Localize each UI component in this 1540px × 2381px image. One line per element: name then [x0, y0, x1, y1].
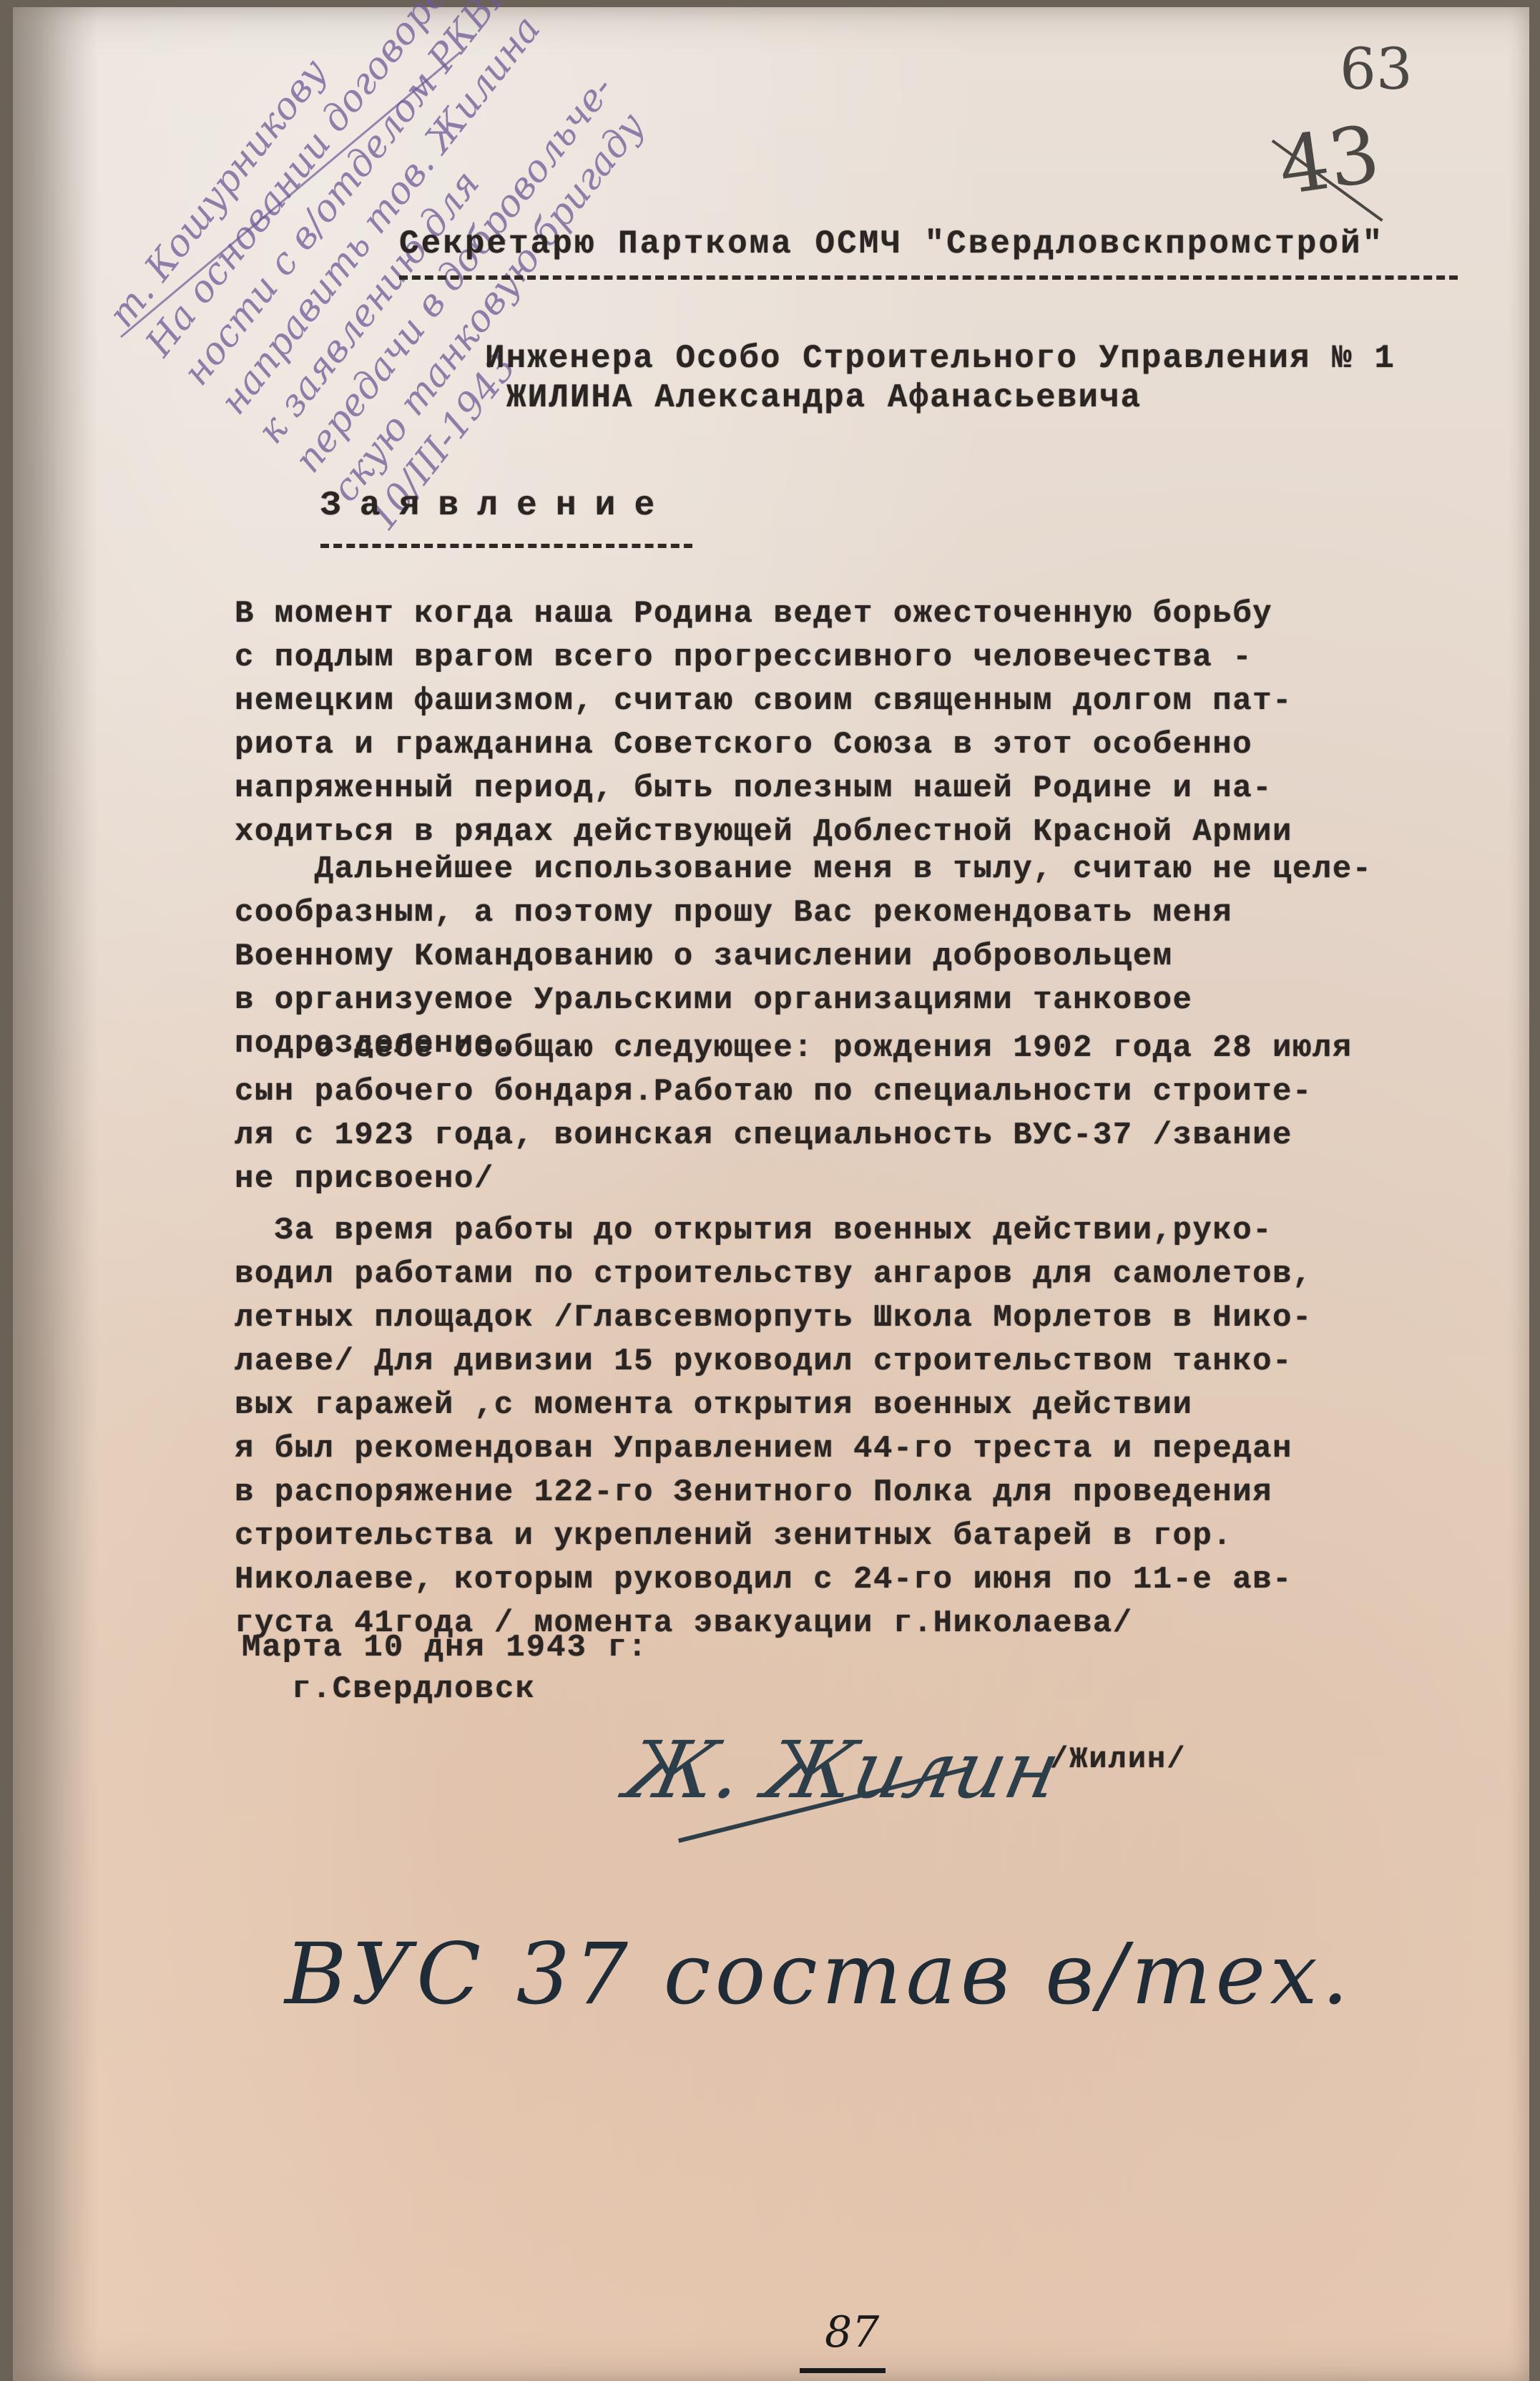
archive-sheet-number: 63 [1340, 36, 1413, 102]
document-page: т. Кошурникову На основании договорен- н… [13, 7, 1529, 2381]
addressee-underline [399, 275, 1458, 280]
binding-shadow [13, 7, 99, 2381]
city-line: г.Свердловск [292, 1671, 536, 1707]
title-underline [320, 544, 692, 548]
sender-position: Инженера Особо Строительного Управления … [485, 340, 1396, 377]
handwritten-resolution: т. Кошурникову На основании договорен- н… [99, 0, 760, 540]
typed-signature-name: /Жилин/ [1050, 1742, 1186, 1776]
handwritten-signature: Ж. Жилин [618, 1724, 1068, 1816]
page-number-underline [800, 2368, 886, 2373]
handwritten-military-specialty-note: ВУС 37 состав в/тех. [285, 1925, 1353, 2023]
sender-name: ЖИЛИНА Александра Афанасьевича [506, 379, 1142, 416]
addressee: Секретарю Парткома ОСМЧ "Свердловскпромс… [399, 225, 1384, 263]
body-paragraph: В момент когда наша Родина ведет ожесточ… [235, 592, 1293, 854]
document-title: Заявление [320, 487, 673, 525]
body-paragraph: О себе сообщаю следующее: рождения 1902 … [235, 1027, 1353, 1201]
body-paragraph: За время работы до открытия военных дейс… [235, 1209, 1313, 1646]
archive-sheet-number-struck: 43 [1273, 108, 1385, 212]
page-number: 87 [825, 2307, 879, 2357]
date-line: Марта 10 дня 1943 г: [242, 1630, 648, 1666]
